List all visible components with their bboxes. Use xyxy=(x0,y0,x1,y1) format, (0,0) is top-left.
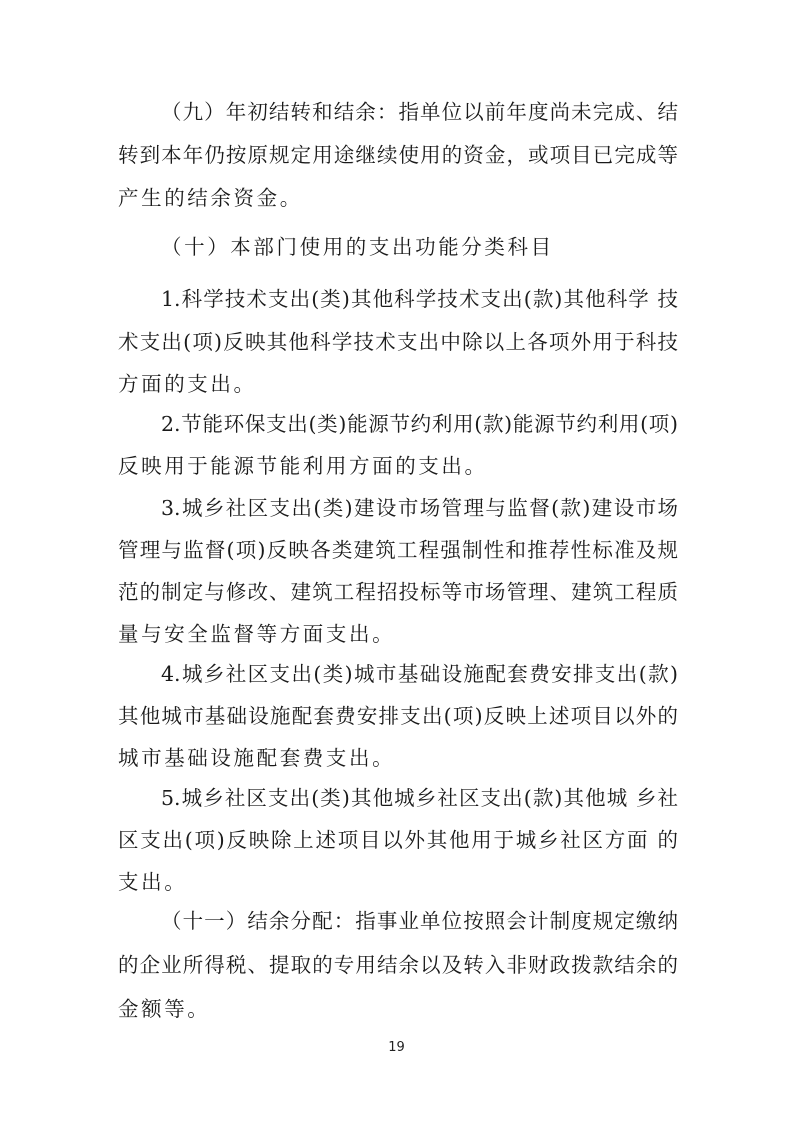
item-2-line-2: 反映用于能源节能利用方面的支出。 xyxy=(118,452,678,480)
item-1-line-1: 1.科学技术支出(类)其他科学技术支出(款)其他科学 技 xyxy=(161,285,678,313)
item-1-line-3: 方面的支出。 xyxy=(118,370,678,398)
paragraph-9-line-1: （九）年初结转和结余：指单位以前年度尚未完成、结 xyxy=(161,98,678,126)
item-4-line-1: 4.城乡社区支出(类)城市基础设施配套费安排支出(款) xyxy=(161,660,678,688)
item-5-line-2: 区支出(项)反映除上述项目以外其他用于城乡社区方面 的 xyxy=(118,826,678,854)
item-1-line-2: 术支出(项)反映其他科学技术支出中除以上各项外用于科技 xyxy=(118,328,678,356)
item-4-line-2: 其他城市基础设施配套费安排支出(项)反映上述项目以外的 xyxy=(118,702,678,730)
item-4-line-3: 城市基础设施配套费支出。 xyxy=(118,744,678,772)
paragraph-11-line-1: （十一）结余分配：指事业单位按照会计制度规定缴纳 xyxy=(161,907,678,935)
item-2-line-1: 2.节能环保支出(类)能源节约利用(款)能源节约利用(项) xyxy=(161,410,678,438)
document-page: （九）年初结转和结余：指单位以前年度尚未完成、结 转到本年仍按原规定用途继续使用… xyxy=(0,0,793,1122)
page-number: 19 xyxy=(0,1040,793,1055)
paragraph-9-line-3: 产生的结余资金。 xyxy=(118,184,678,212)
item-5-line-1: 5.城乡社区支出(类)其他城乡社区支出(款)其他城 乡社 xyxy=(161,784,678,812)
paragraph-9-line-2: 转到本年仍按原规定用途继续使用的资金，或项目已完成等 xyxy=(118,141,678,169)
item-3-line-4: 量与安全监督等方面支出。 xyxy=(118,620,678,648)
item-3-line-2: 管理与监督(项)反映各类建筑工程强制性和推荐性标准及规 xyxy=(118,536,678,564)
item-3-line-3: 范的制定与修改、建筑工程招投标等市场管理、建筑工程质 xyxy=(118,578,678,606)
paragraph-11-line-2: 的企业所得税、提取的专用结余以及转入非财政拨款结余的 xyxy=(118,951,678,979)
item-3-line-1: 3.城乡社区支出(类)建设市场管理与监督(款)建设市场 xyxy=(161,494,678,522)
paragraph-10-heading: （十）本部门使用的支出功能分类科目 xyxy=(161,233,721,261)
paragraph-11-line-3: 金额等。 xyxy=(118,995,678,1023)
item-5-line-3: 支出。 xyxy=(118,868,678,896)
